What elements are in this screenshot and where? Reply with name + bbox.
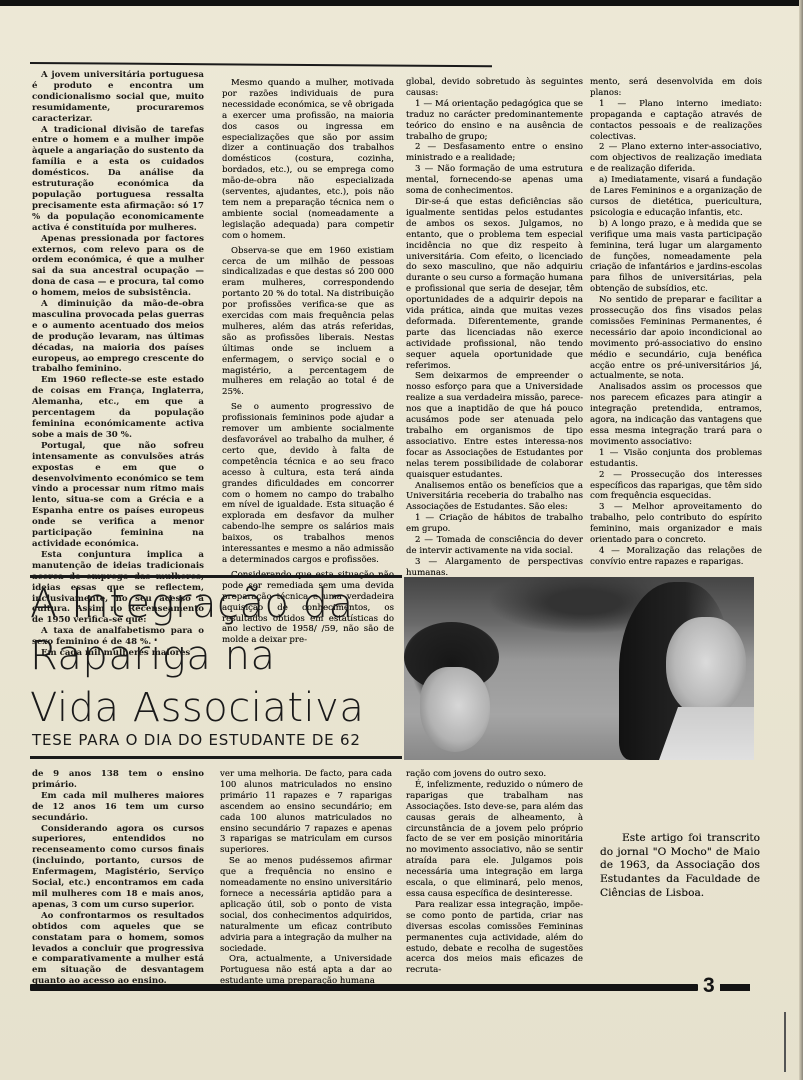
paragraph: Em cada mil mulheres maiores de 12 anos … [32, 791, 204, 824]
paragraph: A tradicional divisão de tarefas entre o… [32, 125, 204, 234]
paragraph: Ao confrontarmos os resultados obtidos c… [32, 911, 204, 987]
page-top-edge [0, 0, 803, 6]
paragraph: Observa-se que em 1960 existiam cerca de… [222, 246, 394, 399]
top-rule [30, 62, 492, 67]
headline-line: Rapariga na [30, 630, 400, 682]
paragraph: A jovem universitária portuguesa é produ… [32, 70, 204, 125]
paragraph: Sem deixarmos de empreender o nosso esfo… [406, 371, 583, 480]
paragraph: global, devido sobretudo às seguintes ca… [406, 77, 583, 99]
headline-line: Vida Associativa [30, 682, 400, 734]
paragraph: ração com jovens do outro sexo. [406, 769, 583, 780]
article-column-4: mento, será desenvolvida em dois planos:… [590, 77, 762, 568]
headline: A Integração da Rapariga na Vida Associa… [30, 578, 400, 734]
paragraph: Para realizar essa integração, impõe-se … [406, 900, 583, 976]
footer-rule-end [720, 984, 750, 991]
article-column-2: Mesmo quando a mulher, motivada por razõ… [222, 78, 394, 646]
headline-bottom-rule [30, 756, 402, 759]
list-item: 3 — Alargamento de perspectivas humanas. [406, 557, 583, 579]
paragraph: Apenas pressionada por factores externos… [32, 234, 204, 299]
list-item: b) A longo prazo, e à medida que se veri… [590, 219, 762, 295]
paragraph: ver uma melhoria. De facto, para cada 10… [220, 769, 392, 856]
paragraph: Se ao menos pudéssemos afirmar que a fre… [220, 856, 392, 954]
article-column-6: ver uma melhoria. De facto, para cada 10… [220, 769, 392, 987]
list-item: 2 — Prossecução dos interesses específic… [590, 470, 762, 503]
list-item: 2 — Tomada de consciência do dever de in… [406, 535, 583, 557]
paragraph: de 9 anos 138 tem o ensino primário. [32, 769, 204, 791]
photo-figure-right-face [666, 617, 746, 717]
list-item: 4 — Moralização das relações de convívio… [590, 546, 762, 568]
source-credit: Este artigo foi transcrito do jornal "O … [600, 832, 760, 901]
list-item: 1 — Visão conjunta dos problemas estudan… [590, 448, 762, 470]
page-edge-mark [784, 1012, 786, 1072]
paragraph: A diminuição da mão-de-obra masculina pr… [32, 299, 204, 375]
photo-figure-left-face [420, 667, 490, 752]
page-number: 3 [703, 974, 715, 998]
footer-rule [30, 984, 698, 991]
paragraph: É, infelizmente, reduzido o número de ra… [406, 780, 583, 900]
article-column-1: A jovem universitária portuguesa é produ… [32, 70, 204, 659]
paragraph: Analisados assim os processos que nos pa… [590, 382, 762, 447]
paragraph: No sentido de preparar e facilitar a pro… [590, 295, 762, 382]
paragraph: mento, será desenvolvida em dois planos: [590, 77, 762, 99]
list-item: 1 — Má orientação pedagógica que se trad… [406, 99, 583, 143]
list-item: 3 — Não formação de uma estrutura mental… [406, 164, 583, 197]
subtitle: TESE PARA O DIA DO ESTUDANTE DE 62 [32, 731, 361, 749]
paragraph: Portugal, que não sofreu intensamente as… [32, 441, 204, 550]
paragraph: Analisemos então os benefícios que a Uni… [406, 481, 583, 514]
article-column-5: de 9 anos 138 tem o ensino primário. Em … [32, 769, 204, 987]
paragraph: Se o aumento progressivo de profissionai… [222, 402, 394, 566]
newspaper-page: A jovem universitária portuguesa é produ… [0, 0, 803, 1080]
list-item: 2 — Plano externo inter-associativo, com… [590, 142, 762, 175]
list-item: 3 — Melhor aproveitamento do trabalho, p… [590, 502, 762, 546]
paragraph: Ora, actualmente, a Universidade Portugu… [220, 954, 392, 987]
list-item: 2 — Desfasamento entre o ensino ministra… [406, 142, 583, 164]
article-column-3: global, devido sobretudo às seguintes ca… [406, 77, 583, 601]
photo-two-young-women [404, 577, 754, 760]
credit-text: Este artigo foi transcrito do jornal "O … [600, 832, 760, 901]
page-right-edge [799, 0, 803, 1080]
list-item: 1 — Plano interno imediato: propaganda e… [590, 99, 762, 143]
paragraph: Considerando agora os cursos superiores,… [32, 824, 204, 911]
article-column-7: ração com jovens do outro sexo. É, infel… [406, 769, 583, 976]
headline-line: A Integração da [30, 578, 400, 630]
list-item: 1 — Criação de hábitos de trabalho em gr… [406, 513, 583, 535]
paragraph: Mesmo quando a mulher, motivada por razõ… [222, 78, 394, 242]
list-item: a) Imediatamente, visará a fundação de L… [590, 175, 762, 219]
paragraph: Dir-se-á que estas deficiências são igua… [406, 197, 583, 372]
paragraph: Em 1960 reflecte-se este estado de coisa… [32, 375, 204, 440]
